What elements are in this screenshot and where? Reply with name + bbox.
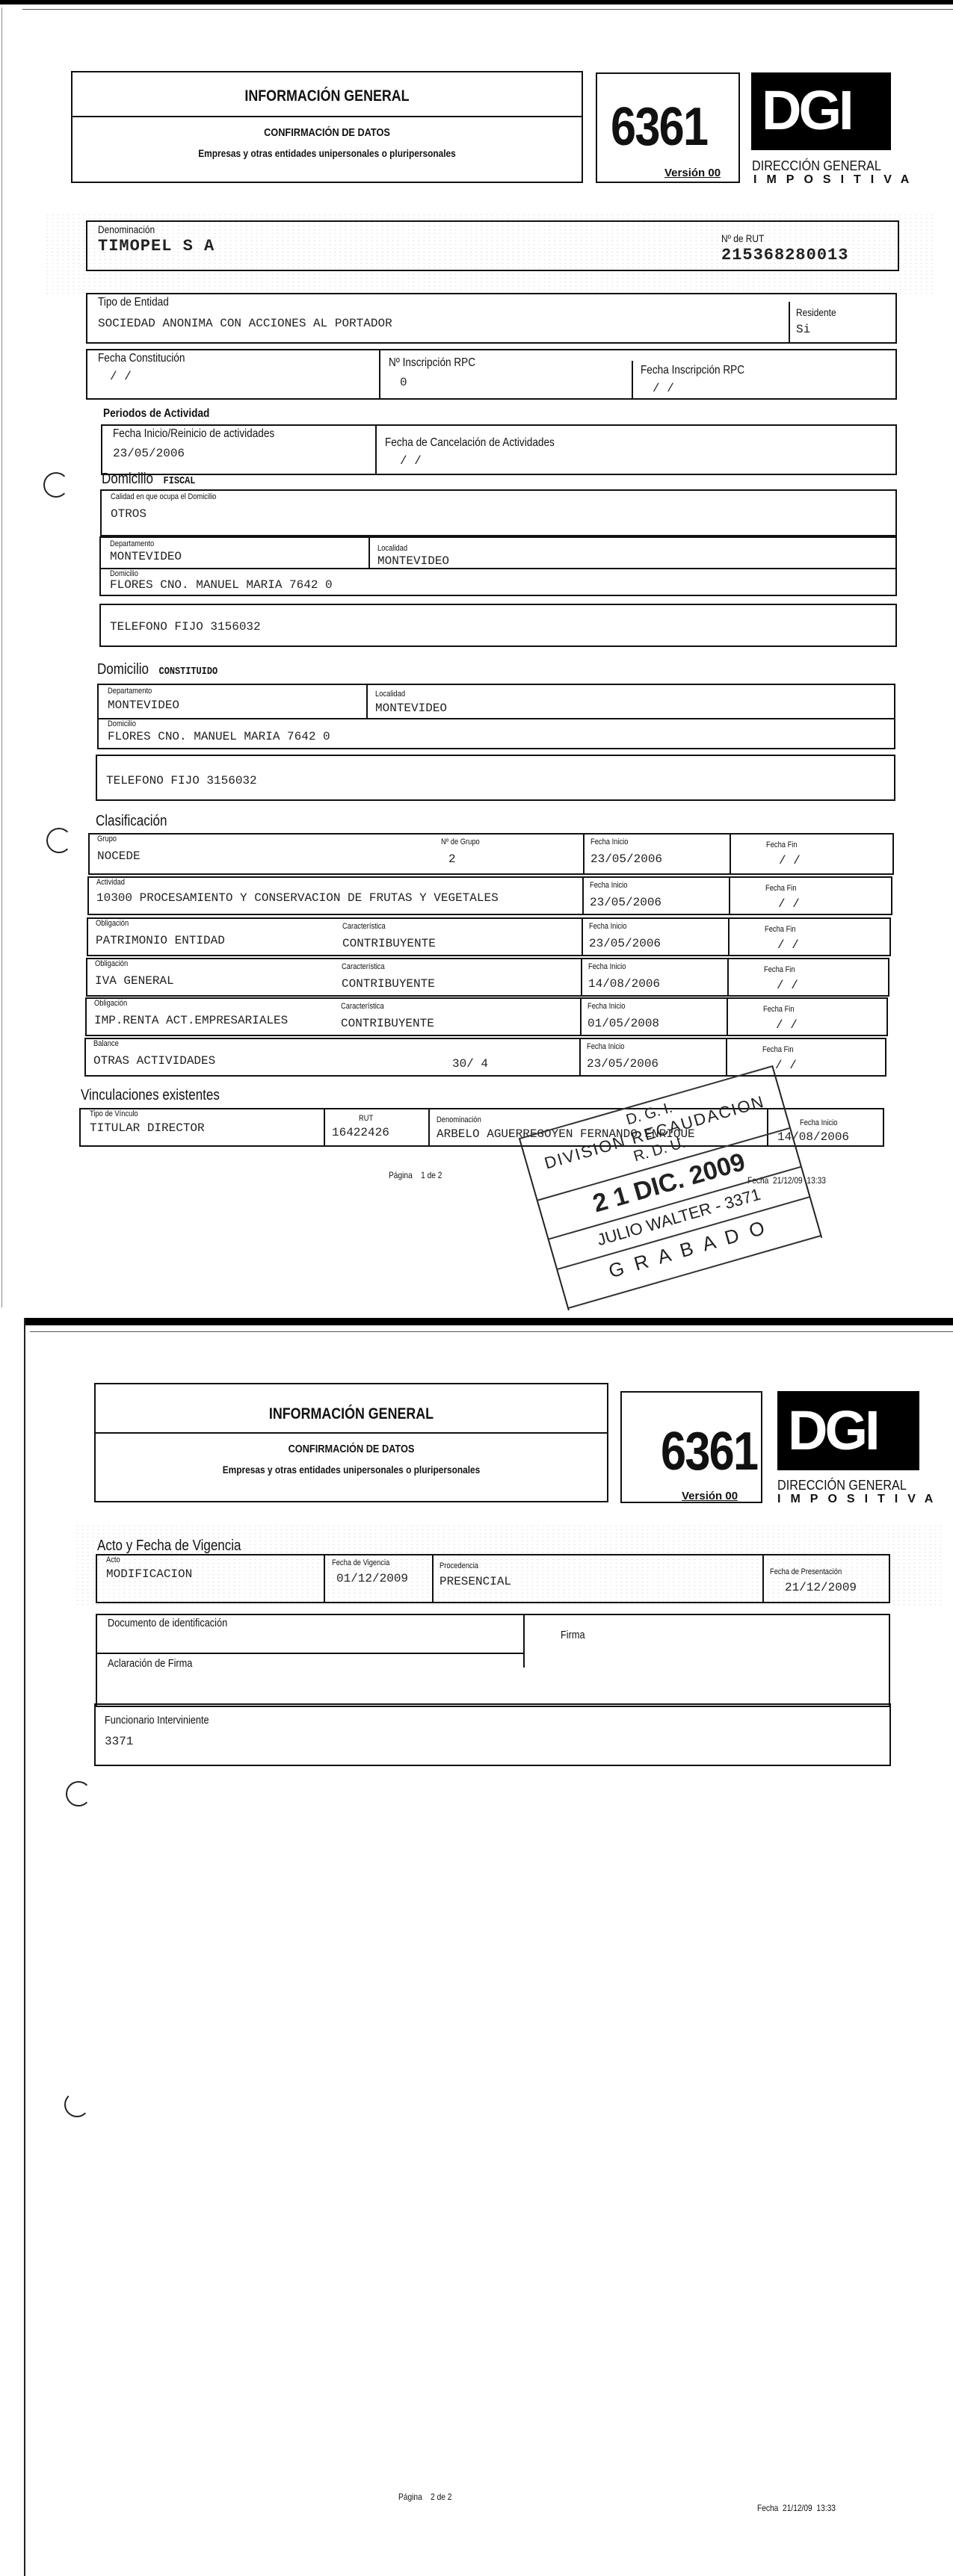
inscripcion-rpc-label: Nº Inscripción RPC: [389, 356, 475, 370]
page2-dgi-logo: DGI: [777, 1391, 919, 1470]
fiscal-address-box: Departamento MONTEVIDEO Localidad MONTEV…: [99, 536, 897, 596]
vigencia-label: Fecha de Vigencia: [332, 1558, 389, 1567]
clasificacion-label1: Obligación: [94, 999, 127, 1008]
fecha-inicio-actividades-value: 23/05/2006: [113, 447, 185, 460]
clasificacion-title: Clasificación: [96, 813, 167, 830]
fecha-inicio-label: Fecha Inicio: [590, 881, 627, 890]
org-name-line1: DIRECCIÓN GENERAL: [752, 158, 881, 174]
periodos-title: Periodos de Actividad: [103, 407, 209, 421]
fecha-fin-value: / /: [779, 854, 801, 867]
firma-divider: [523, 1615, 525, 1668]
fecha-fin-label: Fecha Fin: [765, 925, 796, 934]
vinculo-fecha-label: Fecha Inicio: [800, 1118, 837, 1127]
domicilio-fiscal-title: DomicilioFISCAL: [102, 471, 195, 488]
page1-top-scan-band: [0, 0, 953, 4]
fecha-inicio-value: 23/05/2006: [590, 852, 662, 866]
acto-divider-2: [432, 1555, 434, 1602]
vinculo-rut-label: RUT: [359, 1114, 373, 1123]
fecha-fin-label: Fecha Fin: [762, 1045, 794, 1054]
constitucion-box: Fecha Constitución / / Nº Inscripción RP…: [86, 349, 897, 400]
clasificacion-value1: IVA GENERAL: [95, 974, 174, 988]
fecha-inicio-label: Fecha Inicio: [588, 962, 626, 971]
clasificacion-value1: 10300 PROCESAMIENTO Y CONSERVACION DE FR…: [96, 891, 499, 905]
page2-header-box: INFORMACIÓN GENERAL CONFIRMACIÓN DE DATO…: [94, 1383, 608, 1502]
page1-hora: 13:33: [806, 1175, 826, 1186]
hole-punch-mark: [66, 1781, 91, 1806]
clasificacion-label2: Característica: [341, 1002, 384, 1011]
domicilio-constituido-title: DomicilioCONSTITUIDO: [97, 661, 218, 678]
fecha-inicio-value: 01/05/2008: [587, 1017, 659, 1030]
clasificacion-label1: Obligación: [95, 959, 128, 968]
dgi-logo: DGI: [751, 72, 891, 150]
page2-pagina-value: 2 de 2: [431, 2492, 451, 2502]
page2-header-divider: [96, 1432, 607, 1434]
clasificacion-divider-1: [582, 919, 583, 955]
fiscal-departamento-label: Departamento: [110, 539, 154, 548]
clasificacion-divider-2: [730, 835, 731, 873]
constituido-localidad-value: MONTEVIDEO: [375, 702, 447, 715]
page2-fecha-label: Fecha: [757, 2503, 778, 2513]
clasificacion-label1: Obligación: [96, 919, 129, 928]
page1-form-number-box: 6361 Versión 00: [596, 72, 740, 183]
form-version: Versión 00: [664, 167, 721, 179]
procedencia-label: Procedencia: [440, 1561, 478, 1570]
procedencia-value: PRESENCIAL: [440, 1575, 511, 1588]
vinculo-denominacion-label: Denominación: [437, 1115, 481, 1124]
constituido-address-hdivider: [99, 718, 894, 719]
constituido-departamento-label: Departamento: [108, 687, 152, 696]
fiscal-localidad-value: MONTEVIDEO: [377, 554, 449, 568]
clasificacion-value1: IMP.RENTA ACT.EMPRESARIALES: [94, 1014, 288, 1027]
inscripcion-rpc-value: 0: [400, 376, 407, 389]
clasificacion-label1: Actividad: [96, 878, 125, 887]
acto-divider-3: [762, 1555, 764, 1602]
hole-punch-mark: [64, 2092, 90, 2117]
page1-top-edge: [22, 9, 953, 10]
fiscal-departamento-value: MONTEVIDEO: [110, 550, 182, 563]
fecha-fin-label: Fecha Fin: [765, 884, 797, 893]
fecha-inicio-label: Fecha Inicio: [587, 1002, 625, 1011]
periodos-box: Fecha Inicio/Reinicio de actividades 23/…: [101, 424, 897, 475]
fiscal-localidad-label: Localidad: [377, 544, 407, 553]
vinculo-tipo-label: Tipo de Vínculo: [90, 1109, 138, 1118]
page2-header-description: Empresas y otras entidades unipersonales…: [134, 1464, 568, 1476]
page2-top-scan-band: [24, 1318, 953, 1325]
clasificacion-value1: NOCEDE: [97, 849, 141, 863]
vigencia-value: 01/12/2009: [336, 1572, 408, 1585]
clasificacion-label2: Característica: [342, 922, 386, 931]
page2-org-name-line1: DIRECCIÓN GENERAL: [777, 1478, 907, 1493]
page2-form-number-box: 6361 Versión 00: [620, 1391, 762, 1503]
domicilio-fiscal-label: Domicilio: [102, 471, 153, 487]
domicilio-constituido-label: Domicilio: [97, 661, 149, 678]
acto-title: Acto y Fecha de Vigencia: [97, 1538, 241, 1555]
residente-label: Residente: [796, 306, 836, 318]
rpc-divider-1: [379, 350, 380, 398]
firma-box: Documento de identificación Firma Aclara…: [96, 1614, 890, 1707]
hole-punch-mark: [43, 472, 69, 498]
org-name-line2: IMPOSITIVA: [753, 173, 919, 187]
constituido-localidad-label: Localidad: [375, 690, 405, 699]
clasificacion-value2: CONTRIBUYENTE: [342, 937, 436, 950]
clasificacion-label1: Grupo: [97, 835, 117, 843]
denominacion-box: Denominación TIMOPEL S A Nº de RUT 21536…: [86, 220, 899, 271]
fiscal-domicilio-label: Domicilio: [110, 569, 138, 578]
clasificacion-divider-2: [729, 878, 730, 914]
constituido-departamento-value: MONTEVIDEO: [108, 699, 179, 712]
constituido-telefono-value: TELEFONO FIJO 3156032: [106, 774, 257, 787]
page1-pagina-value: 1 de 2: [421, 1170, 442, 1180]
residente-divider: [789, 302, 790, 342]
page1-pagina: Página 1 de 2: [389, 1170, 442, 1180]
domicilio-fiscal-type: FISCAL: [164, 475, 196, 487]
fecha-fin-value: / /: [778, 897, 800, 911]
constituido-domicilio-label: Domicilio: [108, 719, 136, 728]
tipo-entidad-value: SOCIEDAD ANONIMA CON ACCIONES AL PORTADO…: [98, 317, 392, 330]
constituido-domicilio-value: FLORES CNO. MANUEL MARIA 7642 0: [108, 730, 330, 743]
clasificacion-row: ObligaciónPATRIMONIO ENTIDADCaracterísti…: [87, 917, 891, 956]
fecha-fin-label: Fecha Fin: [766, 840, 798, 849]
constituido-telefono-box: TELEFONO FIJO 3156032: [96, 755, 895, 801]
denominacion-label: Denominación: [98, 223, 155, 235]
clasificacion-divider-1: [580, 999, 582, 1035]
header-description: Empresas y otras entidades unipersonales…: [111, 147, 543, 159]
tipo-entidad-label: Tipo de Entidad: [98, 296, 169, 309]
fecha-fin-value: / /: [777, 938, 799, 952]
clasificacion-label2: Nº de Grupo: [441, 837, 480, 846]
page2-header-subtitle: CONFIRMACIÓN DE DATOS: [134, 1443, 568, 1455]
vinculo-rut-value: 16422426: [332, 1126, 389, 1139]
clasificacion-value1: PATRIMONIO ENTIDAD: [96, 934, 225, 947]
clasificacion-label1: Balance: [93, 1039, 119, 1048]
header-title: INFORMACIÓN GENERAL: [111, 87, 543, 105]
funcionario-box: Funcionario Interviniente 3371: [94, 1703, 891, 1766]
fecha-inicio-value: 23/05/2006: [587, 1057, 659, 1071]
funcionario-value: 3371: [105, 1735, 133, 1748]
clasificacion-divider-1: [582, 878, 584, 914]
clasificacion-divider-1: [581, 959, 582, 995]
presentacion-label: Fecha de Presentación: [770, 1567, 842, 1576]
form-number: 6361: [611, 96, 707, 158]
page2-form-number: 6361: [661, 1421, 757, 1482]
vinculaciones-title: Vinculaciones existentes: [81, 1087, 220, 1104]
presentacion-value: 21/12/2009: [785, 1581, 857, 1594]
vinculo-divider-1: [324, 1109, 325, 1145]
fecha-fin-value: / /: [777, 979, 798, 992]
clasificacion-value2: CONTRIBUYENTE: [342, 977, 435, 991]
page2-pagina: Página 2 de 2: [398, 2492, 451, 2502]
page2-left-edge: [24, 1318, 25, 2576]
fiscal-telefono-box: TELEFONO FIJO 3156032: [99, 604, 897, 647]
page2-org-name-line2: IMPOSITIVA: [777, 1493, 943, 1506]
aclaracion-label: Aclaración de Firma: [108, 1657, 192, 1670]
page1-left-edge: [1, 7, 2, 1307]
fecha-inicio-value: 23/05/2006: [590, 896, 661, 909]
fecha-inicio-actividades-label: Fecha Inicio/Reinicio de actividades: [113, 427, 274, 441]
clasificacion-divider-2: [728, 919, 730, 955]
fecha-inicio-label: Fecha Inicio: [587, 1042, 624, 1051]
page1-pagina-label: Página: [389, 1170, 413, 1180]
rut-label: Nº de RUT: [721, 232, 764, 244]
page2-pagina-label: Página: [398, 2492, 422, 2502]
page2-dgi-logo-text: DGI: [788, 1403, 878, 1458]
header-divider: [73, 116, 582, 117]
constituido-address-divider: [366, 685, 368, 718]
fiscal-telefono-value: TELEFONO FIJO 3156032: [110, 620, 261, 634]
page2-hora: 13:33: [816, 2503, 836, 2513]
vinculo-tipo-value: TITULAR DIRECTOR: [90, 1121, 205, 1135]
fecha-constitucion-value: / /: [110, 370, 132, 383]
fecha-fin-label: Fecha Fin: [764, 965, 795, 974]
calidad-value: OTROS: [111, 507, 147, 521]
clasificacion-divider-2: [727, 959, 729, 995]
clasificacion-value2: CONTRIBUYENTE: [341, 1017, 434, 1030]
page1-header-box: INFORMACIÓN GENERAL CONFIRMACIÓN DE DATO…: [71, 71, 583, 183]
page2-header-title: INFORMACIÓN GENERAL: [134, 1405, 568, 1423]
clasificacion-divider-2: [726, 1039, 727, 1075]
acto-row: Acto MODIFICACION Fecha de Vigencia 01/1…: [96, 1554, 890, 1603]
clasificacion-divider-1: [583, 835, 585, 873]
fiscal-domicilio-value: FLORES CNO. MANUEL MARIA 7642 0: [110, 578, 333, 592]
firma-label: Firma: [561, 1629, 585, 1641]
clasificacion-row: ObligaciónIMP.RENTA ACT.EMPRESARIALESCar…: [85, 997, 888, 1036]
fecha-inicio-label: Fecha Inicio: [590, 837, 628, 846]
calidad-label: Calidad en que ocupa el Domicilio: [111, 492, 216, 501]
funcionario-label: Funcionario Interviniente: [105, 1714, 209, 1727]
constituido-address-box: Departamento MONTEVIDEO Localidad MONTEV…: [97, 684, 895, 749]
clasificacion-label2: Característica: [342, 962, 385, 971]
fecha-constitucion-label: Fecha Constitución: [98, 352, 185, 365]
clasificacion-value2: 2: [448, 852, 456, 866]
fecha-fin-value: / /: [775, 1059, 797, 1072]
fiscal-address-divider: [368, 538, 370, 568]
fecha-inicio-value: 23/05/2006: [589, 937, 661, 950]
fecha-fin-label: Fecha Fin: [763, 1005, 795, 1014]
reception-stamp: D. G. I. DIVISION RECAUDACION R. D. U. 2…: [519, 1065, 822, 1310]
fecha-cancelacion-label: Fecha de Cancelación de Actividades: [385, 436, 555, 450]
domicilio-constituido-type: CONSTITUIDO: [159, 666, 218, 678]
acto-label: Acto: [106, 1555, 120, 1564]
rpc-divider-2: [632, 361, 633, 398]
fecha-inscripcion-rpc-value: / /: [653, 382, 674, 395]
clasificacion-value1: OTRAS ACTIVIDADES: [93, 1054, 215, 1068]
clasificacion-divider-2: [727, 999, 728, 1035]
page2-form-version: Versión 00: [682, 1490, 738, 1502]
fecha-cancelacion-value: / /: [400, 454, 422, 468]
page2-fecha-value: 21/12/09: [783, 2503, 812, 2513]
fiscal-address-hdivider: [101, 568, 895, 569]
rut-value: 215368280013: [721, 246, 848, 264]
residente-value: Si: [796, 323, 810, 336]
acto-value: MODIFICACION: [106, 1567, 192, 1581]
acto-divider-1: [324, 1555, 325, 1602]
denominacion-value: TIMOPEL S A: [98, 237, 215, 256]
tipo-entidad-box: Tipo de Entidad SOCIEDAD ANONIMA CON ACC…: [86, 293, 897, 344]
page2-top-edge: [30, 1331, 953, 1332]
clasificacion-row: ObligaciónIVA GENERALCaracterísticaCONTR…: [86, 958, 889, 997]
clasificacion-row: GrupoNOCEDENº de Grupo2Fecha Inicio23/05…: [88, 833, 894, 875]
header-subtitle: CONFIRMACIÓN DE DATOS: [111, 126, 543, 139]
fecha-fin-value: / /: [776, 1018, 798, 1032]
documento-label: Documento de identificación: [108, 1617, 227, 1629]
hole-punch-mark: [46, 828, 72, 853]
clasificacion-row: Actividad10300 PROCESAMIENTO Y CONSERVAC…: [87, 876, 892, 915]
page2-fecha: Fecha 21/12/09 13:33: [757, 2503, 836, 2513]
periodos-divider: [375, 426, 377, 474]
fecha-inscripcion-rpc-label: Fecha Inscripción RPC: [641, 364, 744, 377]
vinculo-divider-2: [428, 1109, 430, 1145]
dgi-logo-text: DGI: [762, 83, 851, 138]
clasificacion-value2: 30/ 4: [452, 1057, 488, 1071]
firma-hdivider: [97, 1653, 523, 1654]
clasificacion-divider-1: [579, 1039, 581, 1075]
fecha-inicio-label: Fecha Inicio: [589, 922, 626, 931]
calidad-box: Calidad en que ocupa el Domicilio OTROS: [100, 489, 897, 536]
fecha-inicio-value: 14/08/2006: [588, 977, 660, 991]
